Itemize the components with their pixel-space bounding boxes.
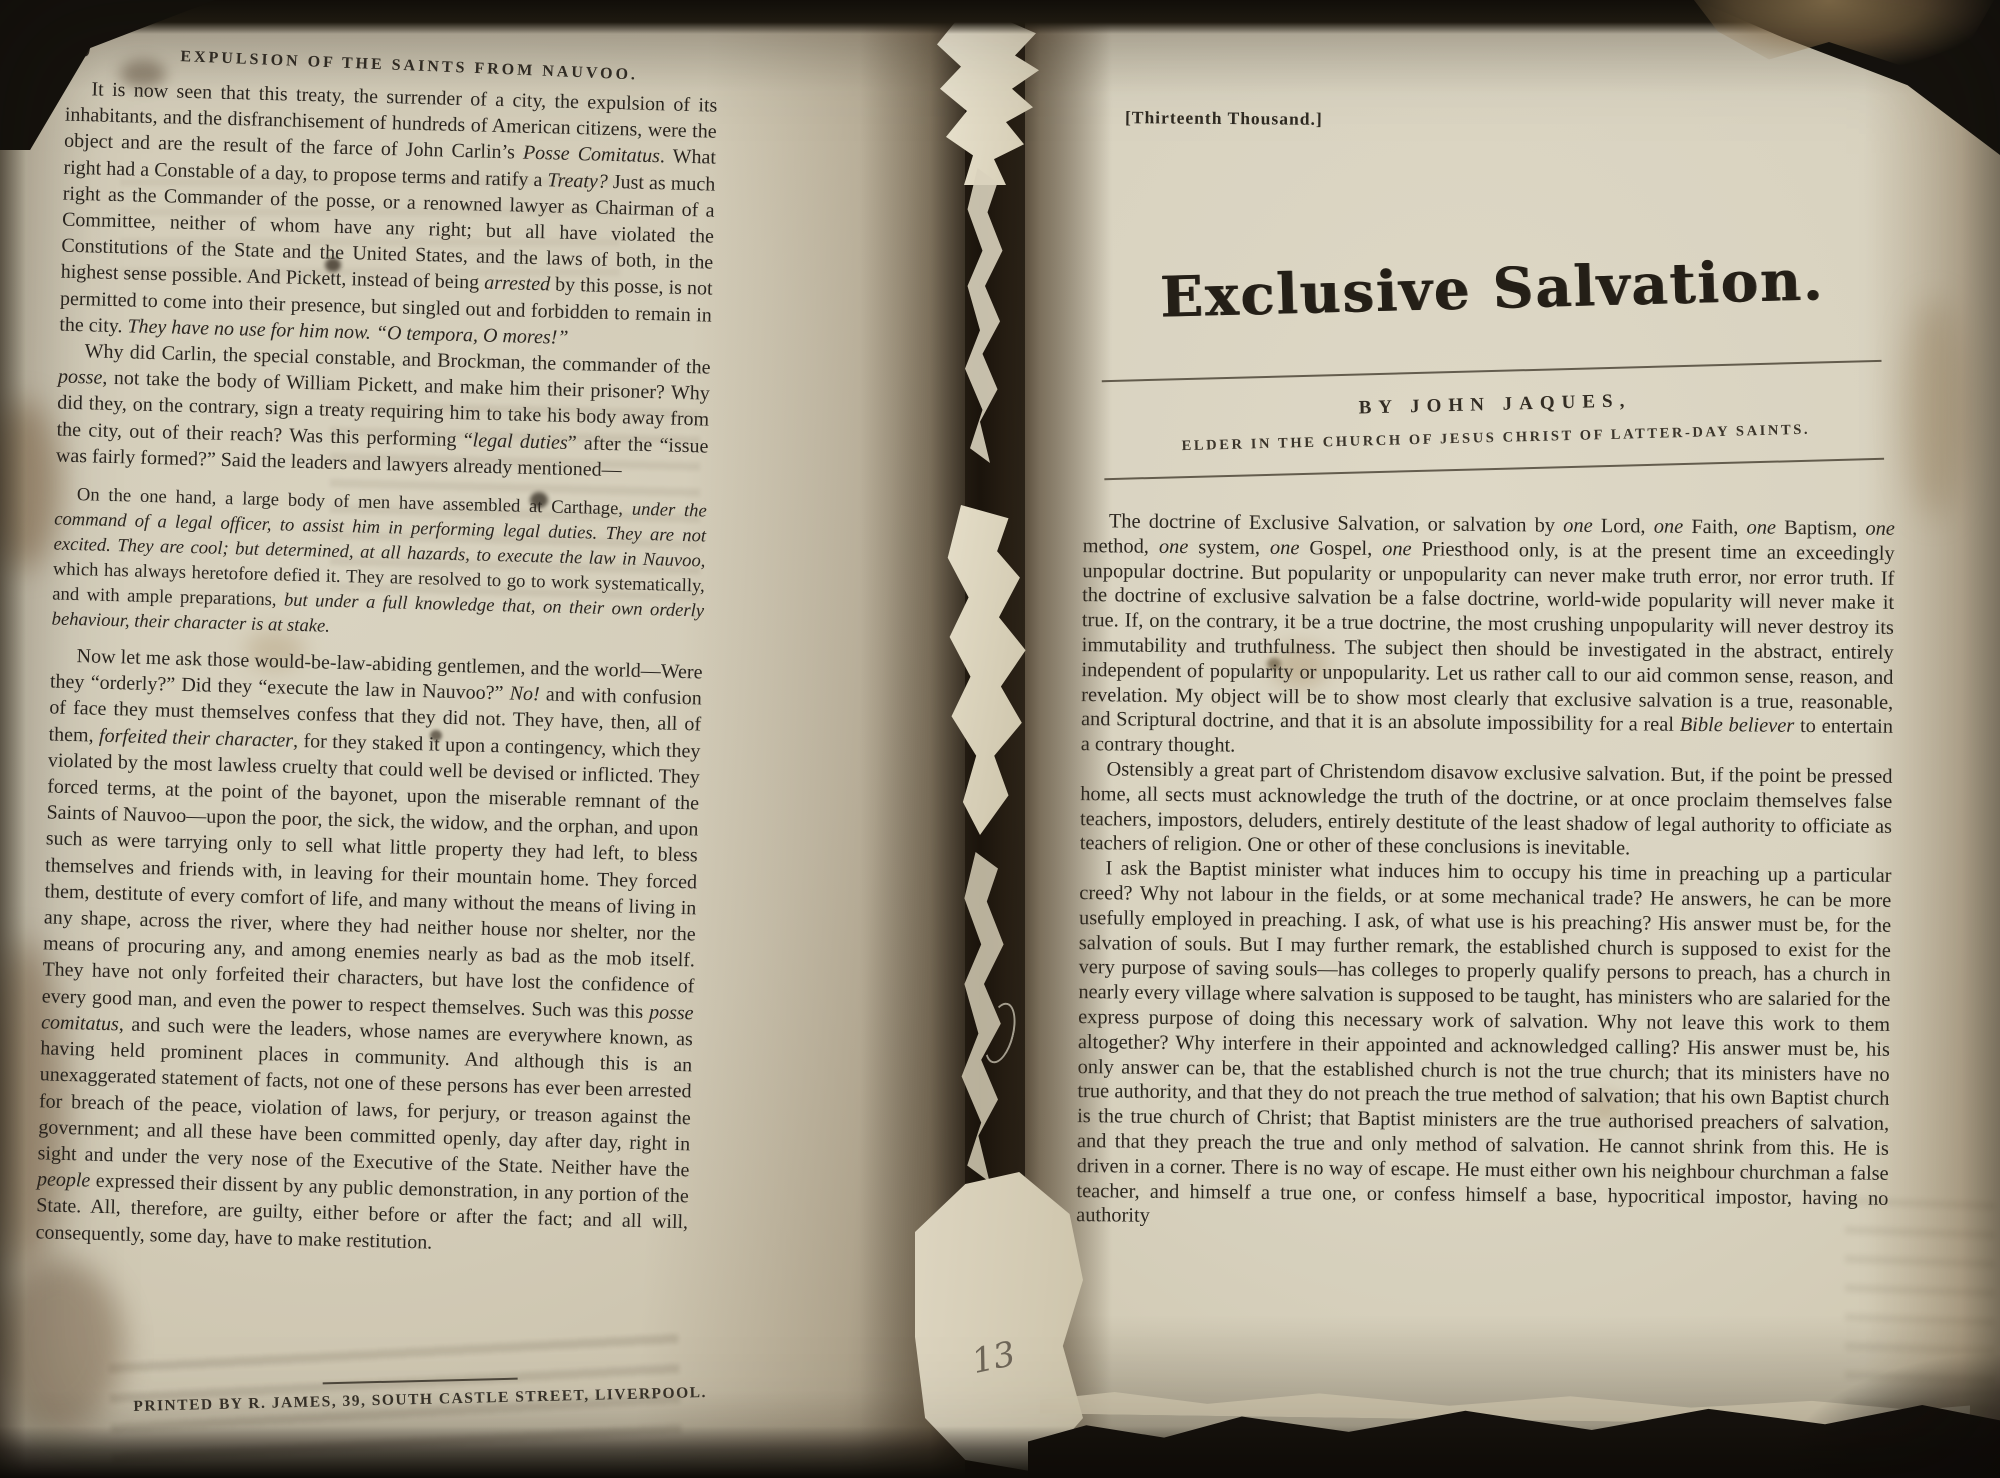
left-page-body: It is now seen that this treaty, the sur… xyxy=(35,76,717,1262)
open-book-photo: 40 EXPULSION OF THE SAINTS FROM NAUVOO. … xyxy=(0,0,2000,1478)
paragraph: The doctrine of Exclusive Salvation, or … xyxy=(1081,509,1895,765)
title-rule-bottom xyxy=(1104,458,1884,480)
printer-imprint: PRINTED BY R. JAMES, 39, SOUTH CASTLE ST… xyxy=(120,1384,720,1417)
paragraph: Why did Carlin, the special constable, a… xyxy=(56,338,711,486)
title-rule-top xyxy=(1102,360,1882,382)
paragraph: Ostensibly a great part of Christendom d… xyxy=(1080,757,1893,864)
torn-paper-fragment xyxy=(960,168,1010,463)
bottom-right-corner-shadow xyxy=(1770,1348,2000,1478)
edition-note: [Thirteenth Thousand.] xyxy=(1125,107,1323,130)
paragraph: I ask the Baptist minister what induces … xyxy=(1076,856,1892,1236)
byline-subtitle: ELDER IN THE CHURCH OF JESUS CHRIST OF L… xyxy=(1088,419,1903,457)
torn-paper-fragment xyxy=(915,1172,1083,1472)
right-page: [Thirteenth Thousand.] Exclusive Salvati… xyxy=(1025,8,2000,1460)
paragraph: It is now seen that this treaty, the sur… xyxy=(59,76,718,355)
quoted-extract: On the one hand, a large body of men hav… xyxy=(51,482,707,649)
foxing-stain xyxy=(0,1260,124,1430)
pamphlet-title: Exclusive Salvation. xyxy=(1084,245,1900,332)
foxing-stain xyxy=(1905,298,1965,518)
foxing-stain xyxy=(0,400,60,570)
imprint-block: PRINTED BY R. JAMES, 39, SOUTH CASTLE ST… xyxy=(120,1373,721,1417)
byline: BY JOHN JAQUES, xyxy=(1087,383,1902,426)
left-page: 40 EXPULSION OF THE SAINTS FROM NAUVOO. … xyxy=(0,18,965,1478)
paragraph: Now let me ask those would-be-law-abidin… xyxy=(35,642,703,1262)
imprint-rule xyxy=(322,1378,517,1385)
right-page-body: The doctrine of Exclusive Salvation, or … xyxy=(1076,509,1895,1236)
